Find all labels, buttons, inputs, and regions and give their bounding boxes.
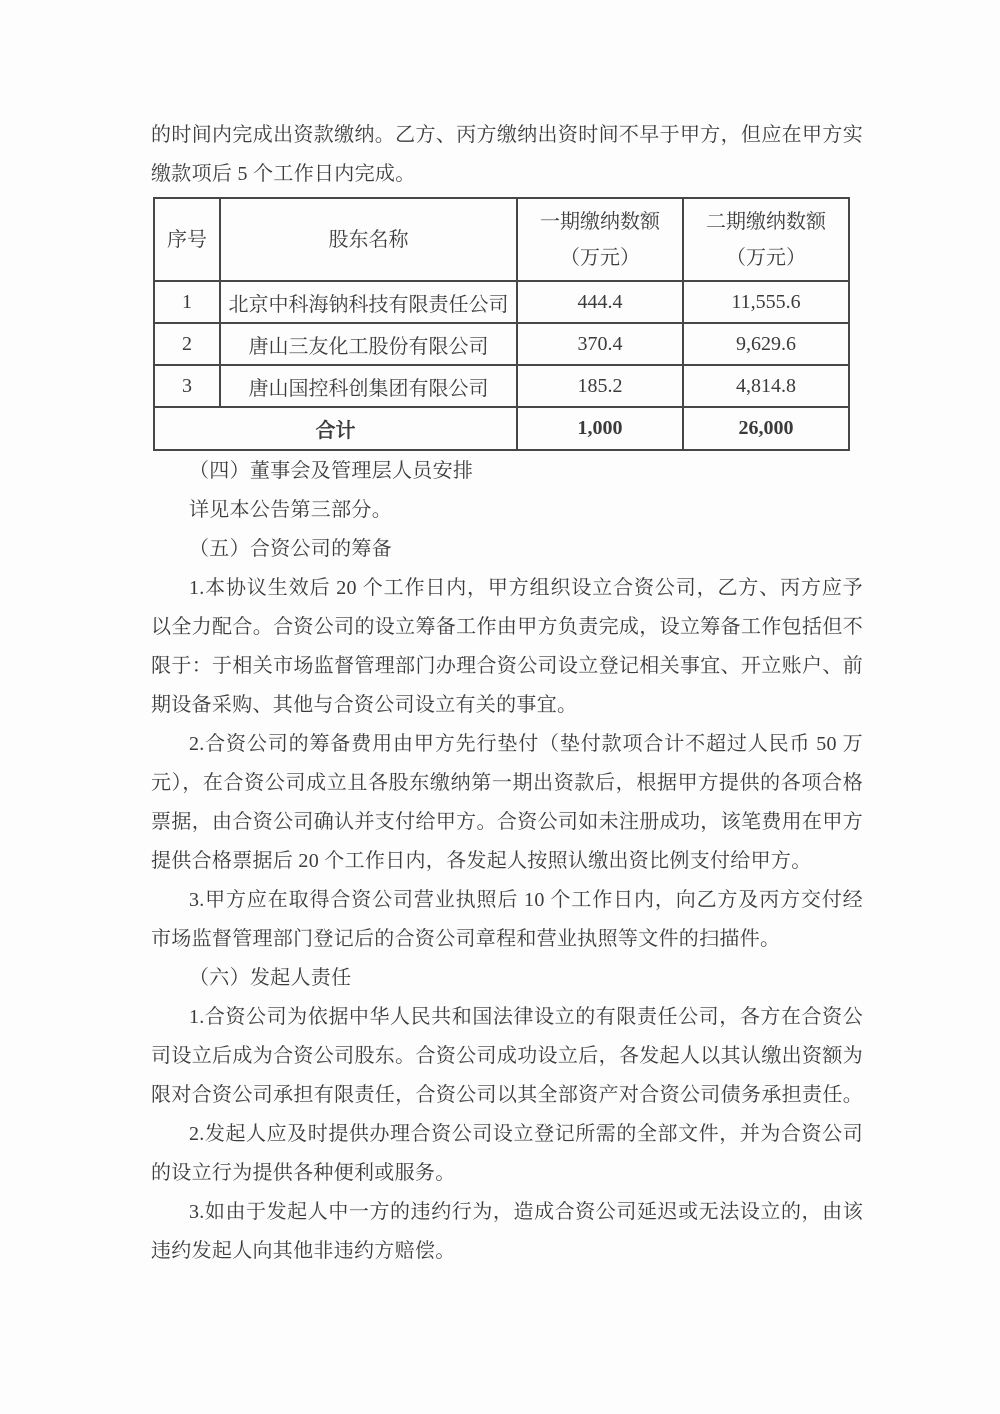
text-line: 3.甲方应在取得合资公司营业执照后 10 个工作日内，向乙方及丙方交付经	[151, 881, 863, 920]
table-cell: 2	[154, 323, 220, 365]
capital-contribution-table: 序号 股东名称 一期缴纳数额 （万元） 二期缴纳数额 （万元） 1北京中科海钠科…	[153, 197, 850, 451]
body-paragraphs: （四）董事会及管理层人员安排详见本公告第三部分。（五）合资公司的筹备1.本协议生…	[151, 452, 863, 1271]
table-cell: 唐山国控科创集团有限公司	[220, 365, 517, 407]
header-cell-shareholder: 股东名称	[220, 198, 517, 281]
total-row: 合计 1,000 26,000	[154, 407, 849, 450]
total-second-period-cell: 26,000	[683, 407, 849, 450]
total-first-period-cell: 1,000	[517, 407, 683, 450]
text-line: 提供合格票据后 20 个工作日内，各发起人按照认缴出资比例支付给甲方。	[151, 842, 863, 881]
text-line: 市场监督管理部门登记后的合资公司章程和营业执照等文件的扫描件。	[151, 920, 863, 959]
text-line: 以全力配合。合资公司的设立筹备工作由甲方负责完成，设立筹备工作包括但不	[151, 608, 863, 647]
table-row: 3唐山国控科创集团有限公司185.24,814.8	[154, 365, 849, 407]
text-line: 票据，由合资公司确认并支付给甲方。合资公司如未注册成功，该笔费用在甲方	[151, 803, 863, 842]
text-line: （四）董事会及管理层人员安排	[151, 452, 863, 491]
text-line: （五）合资公司的筹备	[151, 530, 863, 569]
text-line: 元），在合资公司成立且各股东缴纳第一期出资款后，根据甲方提供的各项合格	[151, 764, 863, 803]
table-cell: 1	[154, 281, 220, 323]
text-line: 司设立后成为合资公司股东。合资公司成功设立后，各发起人以其认缴出资额为	[151, 1037, 863, 1076]
table-row: 2唐山三友化工股份有限公司370.49,629.6	[154, 323, 849, 365]
text-line: 期设备采购、其他与合资公司设立有关的事宜。	[151, 686, 863, 725]
table-cell: 4,814.8	[683, 365, 849, 407]
text-line: 违约发起人向其他非违约方赔偿。	[151, 1232, 863, 1271]
table-cell: 185.2	[517, 365, 683, 407]
text-line: 3.如由于发起人中一方的违约行为，造成合资公司延迟或无法设立的，由该	[151, 1193, 863, 1232]
total-label-cell: 合计	[154, 407, 517, 450]
header-label: 序号	[155, 222, 219, 258]
table-cell: 3	[154, 365, 220, 407]
table-header-row: 序号 股东名称 一期缴纳数额 （万元） 二期缴纳数额 （万元）	[154, 198, 849, 281]
text-line: （六）发起人责任	[151, 959, 863, 998]
header-cell-second-period: 二期缴纳数额 （万元）	[683, 198, 849, 281]
text-line: 1.本协议生效后 20 个工作日内，甲方组织设立合资公司，乙方、丙方应予	[151, 569, 863, 608]
intro-paragraph: 的时间内完成出资款缴纳。乙方、丙方缴纳出资时间不早于甲方，但应在甲方实缴款项后 …	[151, 116, 863, 194]
text-line: 限于：于相关市场监督管理部门办理合资公司设立登记相关事宜、开立账户、前	[151, 647, 863, 686]
text-line: 缴款项后 5 个工作日内完成。	[151, 155, 863, 194]
header-cell-first-period: 一期缴纳数额 （万元）	[517, 198, 683, 281]
header-label: 一期缴纳数额	[518, 204, 682, 240]
table-cell: 唐山三友化工股份有限公司	[220, 323, 517, 365]
text-line: 2.合资公司的筹备费用由甲方先行垫付（垫付款项合计不超过人民币 50 万	[151, 725, 863, 764]
table-cell: 444.4	[517, 281, 683, 323]
table-cell: 11,555.6	[683, 281, 849, 323]
table-row: 1北京中科海钠科技有限责任公司444.411,555.6	[154, 281, 849, 323]
header-label: 股东名称	[221, 222, 516, 258]
table-cell: 北京中科海钠科技有限责任公司	[220, 281, 517, 323]
text-line: 的设立行为提供各种便利或服务。	[151, 1154, 863, 1193]
text-line: 限对合资公司承担有限责任，合资公司以其全部资产对合资公司债务承担责任。	[151, 1076, 863, 1115]
header-unit: （万元）	[684, 240, 848, 276]
table-cell: 9,629.6	[683, 323, 849, 365]
header-label: 二期缴纳数额	[684, 204, 848, 240]
header-cell-index: 序号	[154, 198, 220, 281]
text-line: 1.合资公司为依据中华人民共和国法律设立的有限责任公司，各方在合资公	[151, 998, 863, 1037]
text-line: 2.发起人应及时提供办理合资公司设立登记所需的全部文件，并为合资公司	[151, 1115, 863, 1154]
text-line: 详见本公告第三部分。	[151, 491, 863, 530]
header-unit: （万元）	[518, 240, 682, 276]
table-cell: 370.4	[517, 323, 683, 365]
document-page: 的时间内完成出资款缴纳。乙方、丙方缴纳出资时间不早于甲方，但应在甲方实缴款项后 …	[0, 0, 1000, 1414]
text-line: 的时间内完成出资款缴纳。乙方、丙方缴纳出资时间不早于甲方，但应在甲方实	[151, 116, 863, 155]
